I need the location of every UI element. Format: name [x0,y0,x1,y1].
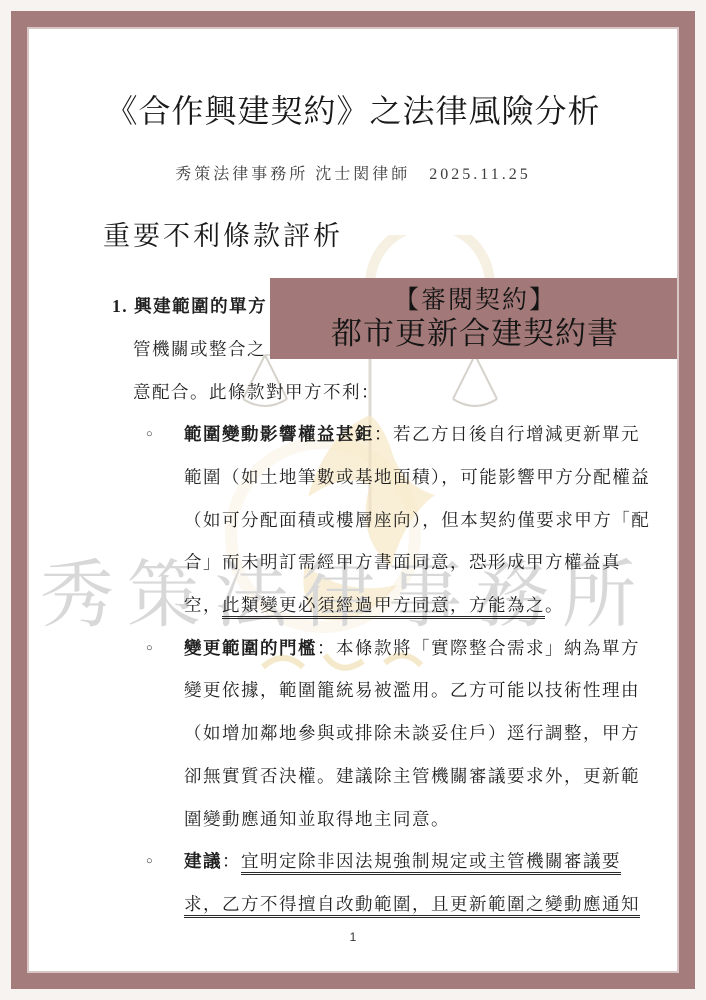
item-lead-bold: 興建範圍的單方 [134,296,267,316]
bullet-2-lead-bold: 變更範圍的門檻 [184,638,317,658]
line-text: 合」而未明訂需經甲方書面同意，恐形成甲方權益真 [184,552,621,572]
underlined-clause: 此類變更必須經過甲方同意，方能為之 [222,595,545,619]
page-number: 1 [0,930,706,944]
bullet-3-line-2: 求，乙方不得擅自改動範圍，且更新範圍之變動應通知 [184,893,640,915]
line-text: 意配合。此條款對甲方不利： [133,382,380,402]
bullet-2-colon: ： [317,638,336,658]
line-text: 。 [545,595,564,615]
document-title: 《合作興建契約》之法律風險分析 [0,86,706,132]
bullet-1-line-4: 合」而未明訂需經甲方書面同意，恐形成甲方權益真 [184,551,621,573]
bullet-1-colon: ： [374,424,393,444]
line-text: 管機關或整合之 [133,339,266,359]
line-text: （如增加鄰地參與或排除未談妥住戶）逕行調整，甲方 [184,723,640,743]
bullet-2-line-5: 圍變動應通知並取得地主同意。 [184,808,450,830]
bullet-2-line-2: 變更依據，範圍籠統易被濫用。乙方可能以技術性理由 [184,679,640,701]
bullet-2-line-3: （如增加鄰地參與或排除未談妥住戶）逕行調整，甲方 [184,722,640,744]
bullet-1-lead-bold: 範圍變動影響權益甚鉅 [184,424,374,444]
underlined-clause: 宜明定除非因法規強制規定或主管機關審議要 [241,851,621,875]
bullet-marker: ○ [146,423,160,445]
bullet-marker: ○ [146,637,160,659]
bullet-2-line-1: ○變更範圍的門檻：本條款將「實際整合需求」納為單方 [146,637,640,662]
line-text: 空， [184,595,222,615]
bullet-1-line-5: 空，此類變更必須經過甲方同意，方能為之。 [184,594,564,616]
line-text: 變更依據，範圍籠統易被濫用。乙方可能以技術性理由 [184,680,640,700]
section-heading: 重要不利條款評析 [103,214,343,253]
underlined-clause: 求，乙方不得擅自改動範圍，且更新範圍之變動應通知 [184,894,640,918]
line-text: 卻無實質否決權。建議除主管機關審議要求外，更新範 [184,766,640,786]
bullet-3-lead-bold: 建議 [184,851,222,871]
document-root: 秀策法律事務所 《合作興建契約》之法律風險分析 秀策法律事務所 沈士閎律師 20… [0,0,706,1000]
paragraph-line: 管機關或整合之 [133,338,266,360]
bullet-1-line-2: 範圍（如土地筆數或基地面積），可能影響甲方分配權益 [184,466,650,488]
paragraph-line: 意配合。此條款對甲方不利： [133,381,380,403]
line-text: 本條款將「實際整合需求」納為單方 [336,638,640,658]
bullet-2-line-4: 卻無實質否決權。建議除主管機關審議要求外，更新範 [184,765,640,787]
line-text: 範圍（如土地筆數或基地面積），可能影響甲方分配權益 [184,467,650,487]
banner-line-2: 都市更新合建契約書 [331,315,619,352]
banner-line-1: 【審閱契約】 [394,285,556,315]
line-text: 若乙方日後自行增減更新單元 [393,424,640,444]
bullet-3-colon: ： [222,851,241,871]
author-byline: 秀策法律事務所 沈士閎律師 2025.11.25 [0,161,706,184]
bullet-3-line-1: ○建議：宜明定除非因法規強制規定或主管機關審議要 [146,850,621,875]
review-contract-banner: 【審閱契約】 都市更新合建契約書 [270,278,680,359]
bullet-1-line-1: ○範圍變動影響權益甚鉅：若乙方日後自行增減更新單元 [146,423,640,448]
item-number: 1. [112,296,128,316]
line-text: 圍變動應通知並取得地主同意。 [184,809,450,829]
list-item-1: 1.興建範圍的單方 [112,295,267,317]
bullet-1-line-3: （如可分配面積或樓層座向），但本契約僅要求甲方「配 [184,509,650,531]
bullet-marker: ○ [146,850,160,872]
line-text: （如可分配面積或樓層座向），但本契約僅要求甲方「配 [184,510,650,530]
